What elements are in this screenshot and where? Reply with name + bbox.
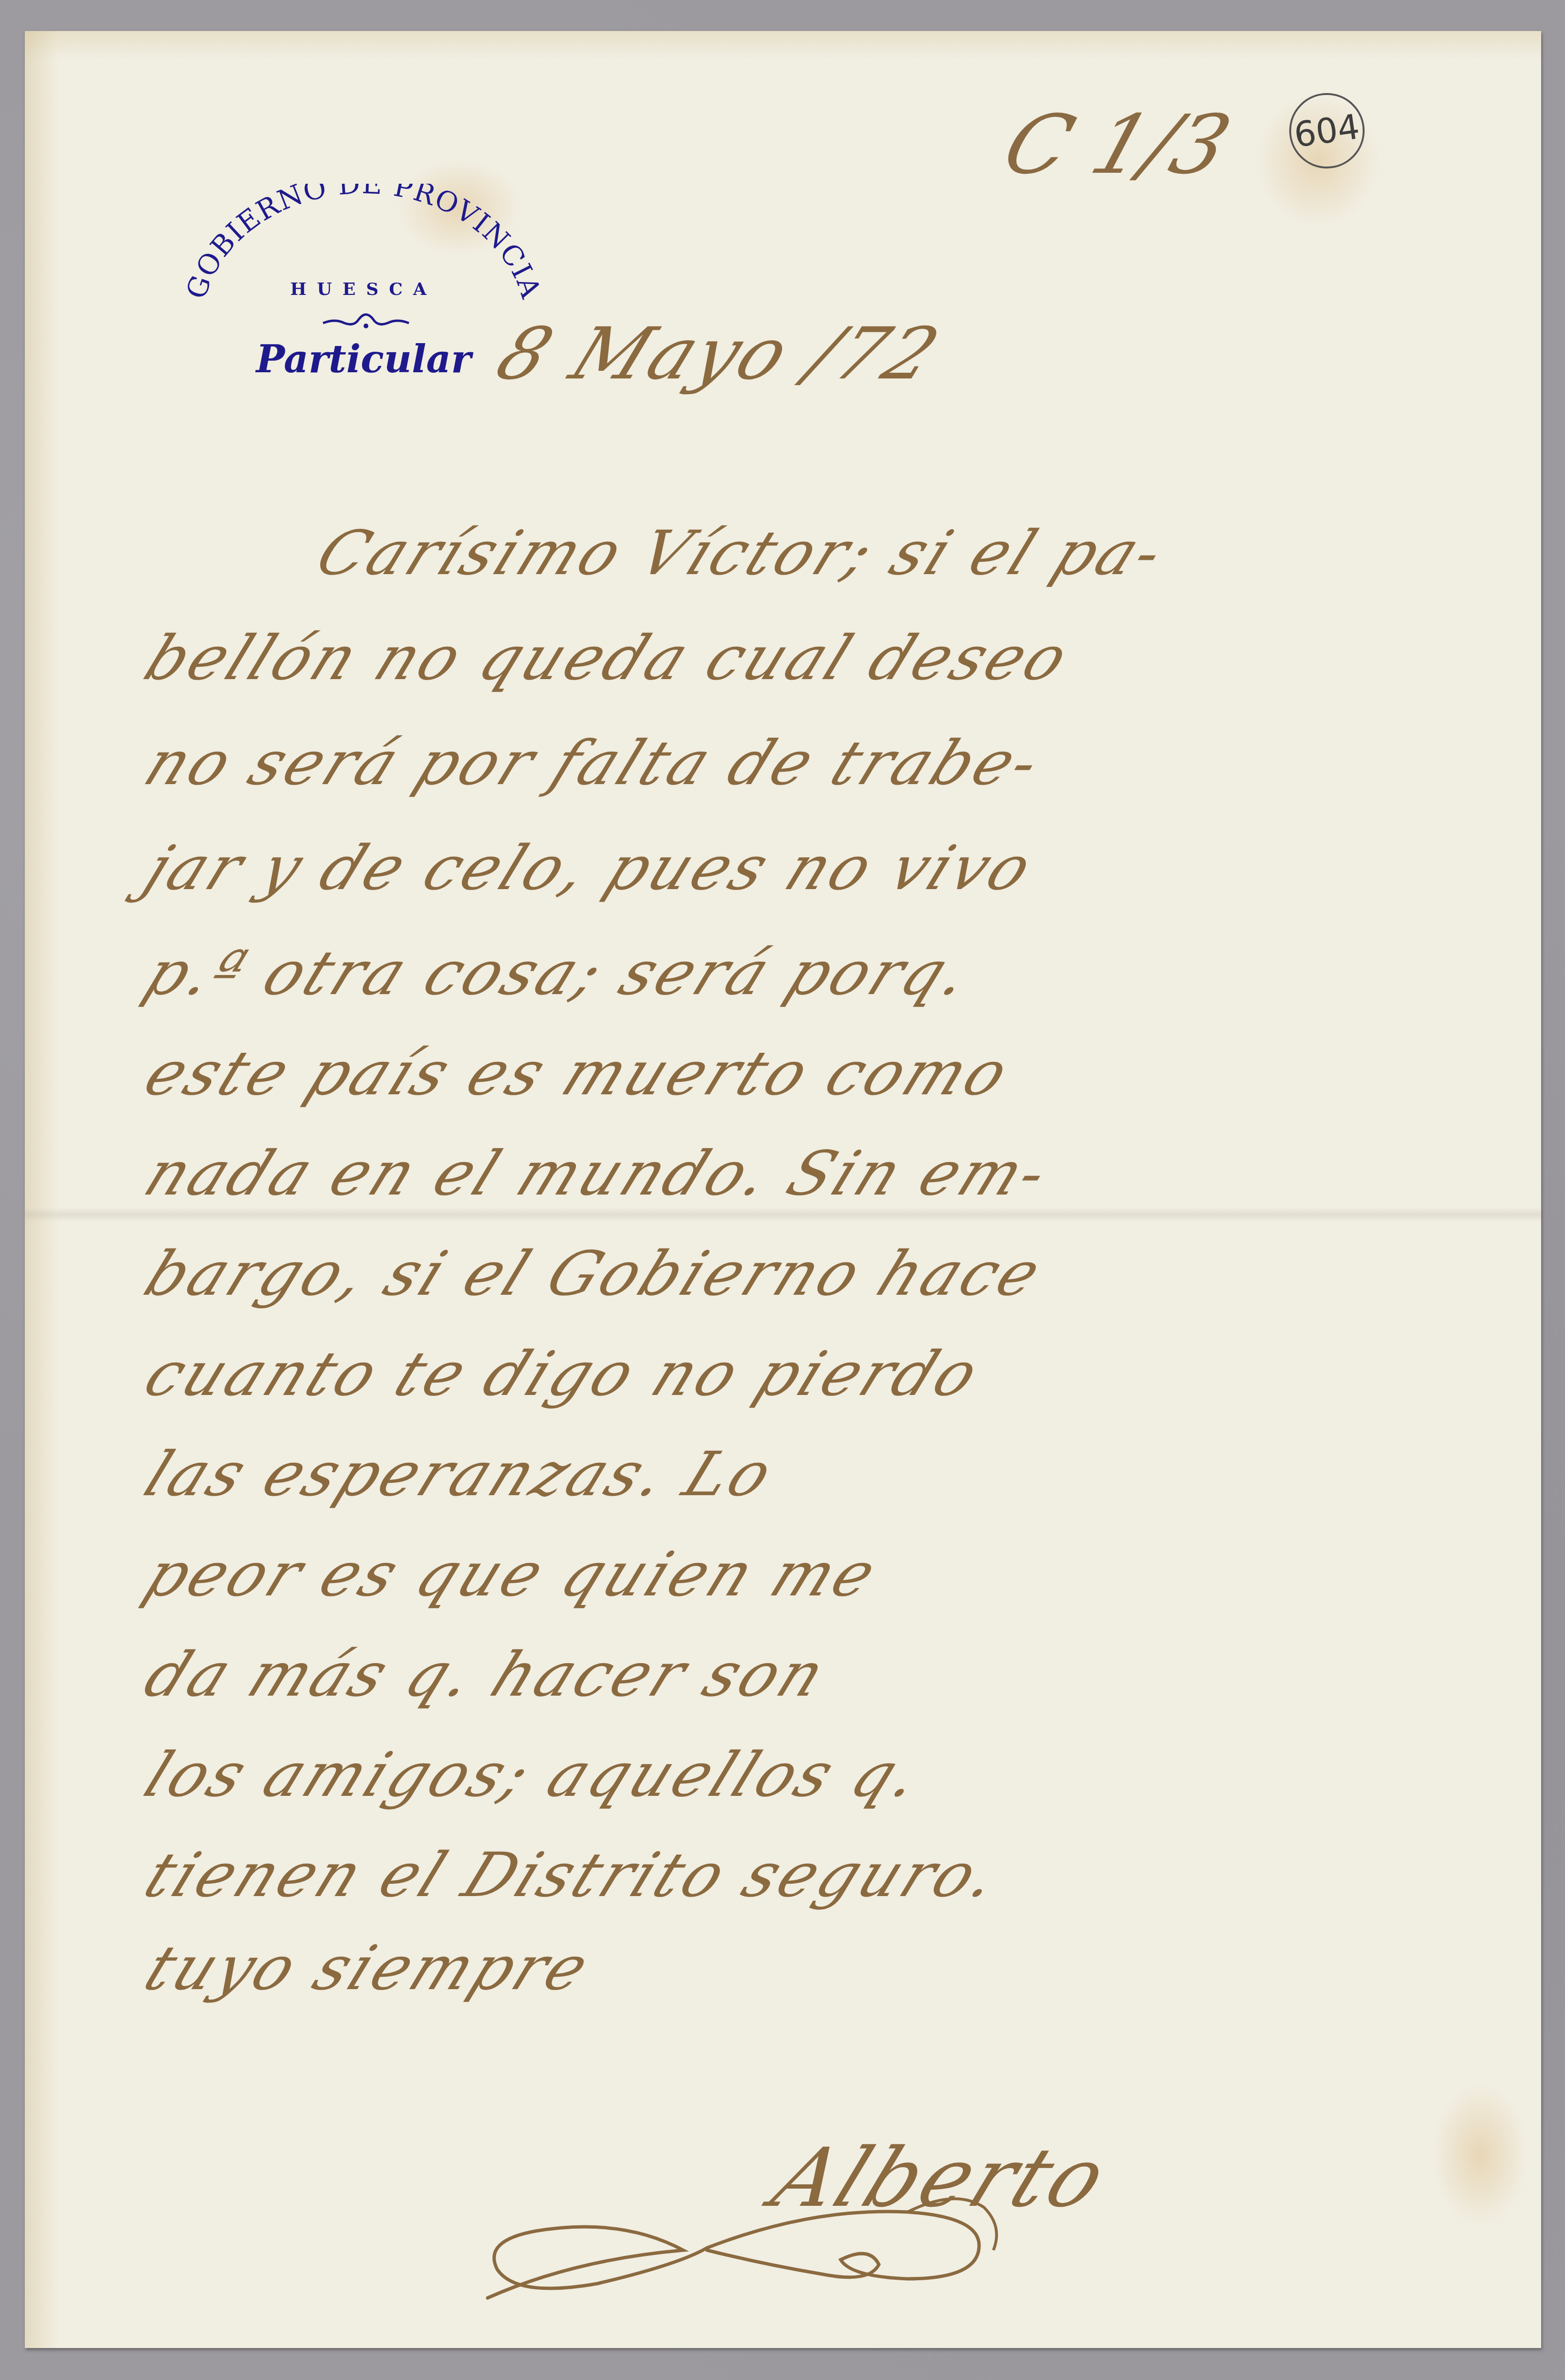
letter-line: jar y de celo, pues no vivo xyxy=(135,833,1045,904)
letter-paper: GOBIERNO DE PROVINCIA HUESCA Particular … xyxy=(25,31,1541,2348)
letter-line: los amigos; aquellos q. xyxy=(135,1740,933,1811)
letter-line: no será por falta de trabe- xyxy=(135,728,1053,799)
reference-annotation: C 1/3 xyxy=(992,98,1242,192)
letter-line: este país es muerto como xyxy=(135,1038,1021,1109)
letterhead: GOBIERNO DE PROVINCIA HUESCA Particular xyxy=(182,184,545,384)
letter-line: tuyo siempre xyxy=(135,1933,602,2004)
letter-line: las esperanzas. Lo xyxy=(135,1439,785,1510)
letter-line: da más q. hacer son xyxy=(135,1639,838,1710)
signature-flourish-icon xyxy=(478,2188,1041,2307)
letter-line: peor es que quien me xyxy=(135,1539,889,1610)
archive-number-circle: 604 xyxy=(1289,93,1365,168)
letter-line: cuanto te digo no pierdo xyxy=(135,1339,991,1410)
letterhead-subtitle: Particular xyxy=(182,336,545,381)
letter-line: Carísimo Víctor; si el pa- xyxy=(306,518,1176,589)
stain xyxy=(1432,2083,1528,2226)
letterhead-city: HUESCA xyxy=(182,279,545,299)
letter-line: bargo, si el Gobierno hace xyxy=(135,1238,1054,1310)
ornament-flourish-icon xyxy=(321,309,411,333)
letter-date: 8 Mayo /72 xyxy=(485,313,953,396)
paper-fold-line xyxy=(25,1207,1541,1222)
letter-line: nada en el mundo. Sin em- xyxy=(135,1138,1061,1209)
letter-line: p.ª otra cosa; será porq. xyxy=(135,938,983,1009)
letter-line: bellón no queda cual deseo xyxy=(135,623,1081,694)
letter-line: tienen el Distrito seguro. xyxy=(135,1840,1012,1911)
archive-number: 604 xyxy=(1292,106,1362,155)
